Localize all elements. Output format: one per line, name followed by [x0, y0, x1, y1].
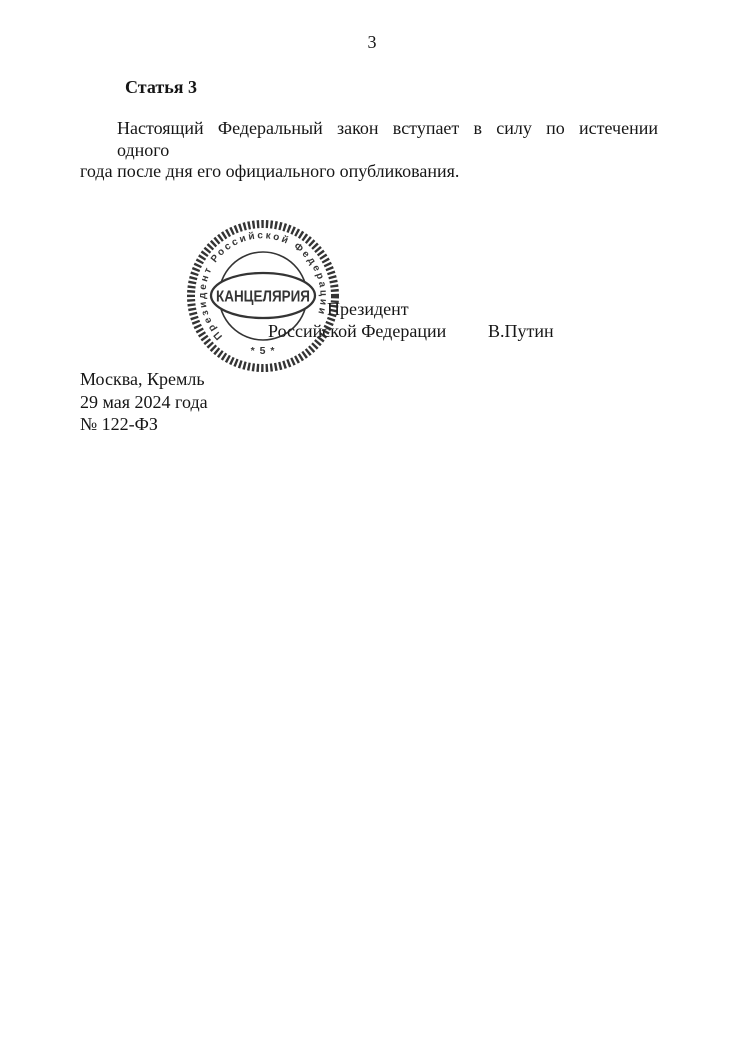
article-body-line: года после дня его официального опублико… [80, 160, 658, 203]
stamp-center-text: КАНЦЕЛЯРИЯ [216, 289, 310, 306]
issuance-block: Москва, Кремль 29 мая 2024 года № 122-ФЗ [80, 368, 208, 436]
chancellery-seal-stamp: Президент Российской Федерации * 5 * КАН… [185, 218, 341, 374]
signature-name: В.Путин [488, 321, 554, 342]
issuance-date: 29 мая 2024 года [80, 391, 208, 414]
article-body-line: Настоящий Федеральный закон вступает в с… [80, 117, 658, 160]
article-body: Настоящий Федеральный закон вступает в с… [80, 117, 658, 203]
stamp-number: * 5 * [251, 345, 276, 357]
issuance-number: № 122-ФЗ [80, 413, 208, 436]
page-number: 3 [0, 32, 744, 53]
article-heading: Статья 3 [125, 77, 197, 98]
document-page: 3 Статья 3 Настоящий Федеральный закон в… [0, 0, 744, 1051]
